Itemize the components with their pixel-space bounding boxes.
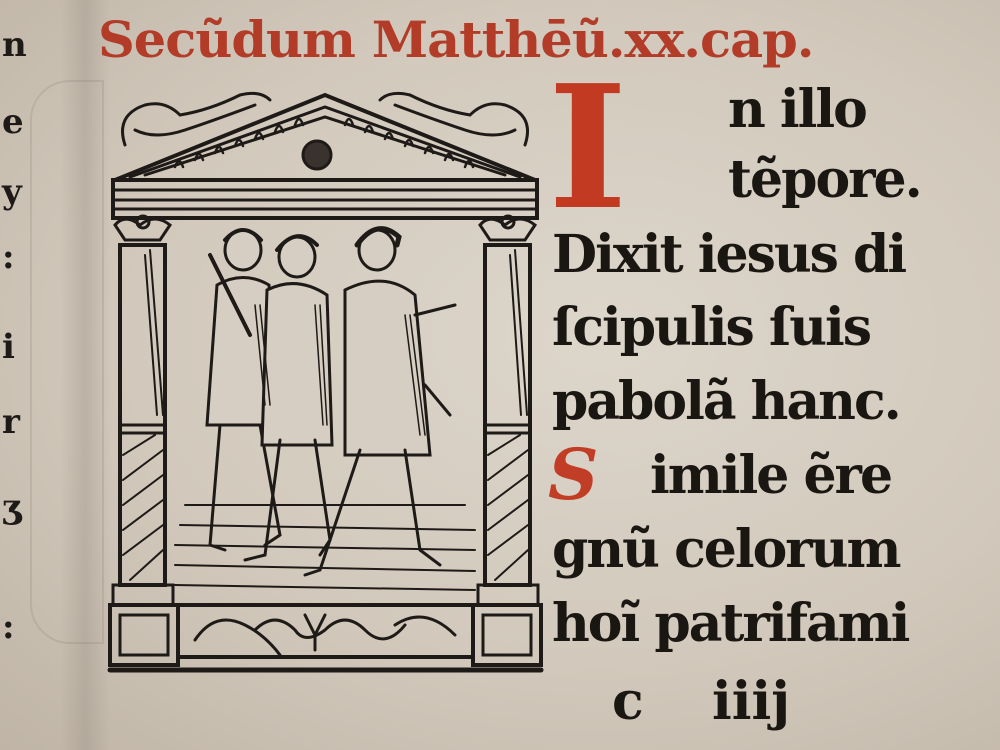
margin-glyph: :: [2, 610, 15, 644]
margin-glyph: :: [2, 240, 15, 274]
margin-glyph: ʒ: [2, 490, 21, 524]
left-margin-column: n e y : i r ʒ :: [0, 0, 40, 750]
text-line-5: pabolã hanc.: [552, 372, 900, 432]
initial-letter-I: I: [548, 78, 628, 218]
text-line-4: ſcipulis ſuis: [552, 298, 870, 358]
initial-letter-S: S: [548, 440, 599, 510]
text-line-1: n illo: [728, 80, 866, 140]
text-line-7: gnũ celorum: [552, 520, 899, 580]
woodcut-illustration: [105, 85, 545, 675]
margin-glyph: i: [2, 330, 15, 364]
margin-glyph: y: [2, 175, 22, 209]
text-line-6: imile ẽre: [650, 446, 891, 506]
text-line-2: tẽpore.: [728, 150, 921, 210]
rubric-heading: Secũdum Matthēũ.xx.cap.: [98, 12, 965, 68]
text-line-3: Dixit iesus di: [552, 225, 905, 285]
text-line-8: hoĩ patrifami: [552, 594, 908, 654]
margin-glyph: e: [2, 105, 24, 139]
book-page: n e y : i r ʒ : Secũdum Matthēũ.xx.cap.: [0, 0, 1000, 750]
margin-glyph: r: [2, 405, 20, 439]
margin-glyph: n: [2, 28, 27, 62]
signature-letter: c: [612, 672, 644, 732]
signature-numeral: iiij: [712, 672, 790, 732]
faint-show-through-ornament: [30, 80, 104, 644]
